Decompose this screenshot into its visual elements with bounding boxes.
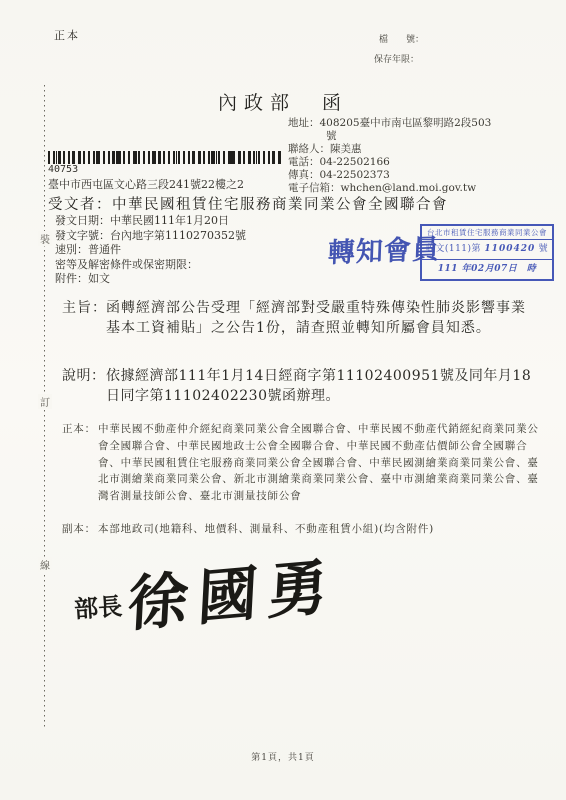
sender-contact-block: 地址：408205臺中市南屯區黎明路2段503 號 聯絡人：陳美惠 電話：04-… <box>288 117 538 195</box>
speed-class: 速別：普通件 <box>55 243 246 258</box>
document-title: 內政部 函 <box>0 88 566 115</box>
explanation-paragraph: 說明： 依據經濟部111年1月14日經商字第11102400951號及同年月18… <box>62 366 532 406</box>
copy-recipients-text: 本部地政司(地籍科、地價科、測量科、不動產租賃小組)(均含附件) <box>98 523 434 535</box>
attachment-note: 附件：如文 <box>55 272 246 287</box>
retention-period-label: 保存年限： <box>374 52 419 65</box>
binding-mark-xian: 線 <box>38 557 52 572</box>
original-recipients-text: 中華民國不動產仲介經紀商業同業公會全國聯合會、中華民國不動產代銷經紀商業同業公會… <box>98 423 539 502</box>
minister-title-signature: 部長 <box>73 586 123 624</box>
recipient-address: 臺中市西屯區文心路三段241號22樓之2 <box>48 176 244 192</box>
page-number-footer: 第1頁，共1頁 <box>0 750 566 763</box>
barcode <box>48 151 283 164</box>
copy-recipients-paragraph: 副本： 本部地政司(地籍科、地價科、測量科、不動產租賃小組)(均含附件) <box>62 521 544 537</box>
sender-fax: 傳真：04-22502373 <box>288 169 538 182</box>
receipt-suffix: 號 <box>539 244 549 254</box>
issue-date: 發文日期：中華民國111年1月20日 <box>55 214 246 229</box>
original-recipients-label: 正本： <box>62 421 96 438</box>
receipt-stamp-org: 台北市租賃住宅服務商業同業公會 <box>422 226 552 240</box>
receipt-stamp-number-row: 收文(111)第 1100420 號 <box>422 240 552 260</box>
explanation-text: 依據經濟部111年1月14日經商字第11102400951號及同年月18日同字第… <box>106 368 531 404</box>
copy-type-label: 正本 <box>54 27 80 43</box>
document-meta-block: 發文日期：中華民國111年1月20日 發文字號：台內地字第1110270352號… <box>55 214 246 287</box>
receipt-number-handwritten: 1100420 <box>484 244 535 254</box>
explanation-label: 說明： <box>62 366 106 386</box>
sender-contact-person: 聯絡人：陳美惠 <box>288 143 538 156</box>
sender-phone: 電話：04-22502166 <box>288 156 538 169</box>
security-class: 密等及解密條件或保密期限： <box>55 258 246 273</box>
sender-address-line1: 地址：408205臺中市南屯區黎明路2段503 <box>288 117 538 130</box>
subject-text: 函轉經濟部公告受理「經濟部對受嚴重特殊傳染性肺炎影響事業基本工資補貼」之公告1份… <box>106 300 526 336</box>
file-number-label: 檔 號： <box>379 32 424 45</box>
subject-paragraph: 主旨： 函轉經濟部公告受理「經濟部對受嚴重特殊傳染性肺炎影響事業基本工資補貼」之… <box>62 299 527 338</box>
binding-mark-zhuang: 裝 <box>38 231 52 246</box>
scanned-official-letter: 正本 檔 號： 保存年限： 內政部 函 地址：408205臺中市南屯區黎明路2段… <box>0 0 566 800</box>
recipient-line: 受文者：中華民國租賃住宅服務商業同業公會全國聯合會 <box>48 193 448 214</box>
receipt-stamp: 台北市租賃住宅服務商業同業公會 收文(111)第 1100420 號 111 年… <box>420 224 554 281</box>
subject-label: 主旨： <box>62 299 107 319</box>
sender-address-line2: 號 <box>288 130 538 143</box>
issue-number: 發文字號：台內地字第1110270352號 <box>55 229 246 244</box>
minister-name-signature: 徐國勇 <box>126 538 340 643</box>
original-recipients-paragraph: 正本： 中華民國不動產仲介經紀商業同業公會全國聯合會、中華民國不動產代銷經紀商業… <box>62 421 544 505</box>
copy-recipients-label: 副本： <box>62 521 96 537</box>
receipt-prefix: 收文(111)第 <box>426 244 481 254</box>
barcode-number: 40753 <box>48 164 78 175</box>
receipt-stamp-date-row: 111 年02月07日 時 <box>422 260 552 279</box>
binding-mark-ding: 訂 <box>38 394 52 409</box>
